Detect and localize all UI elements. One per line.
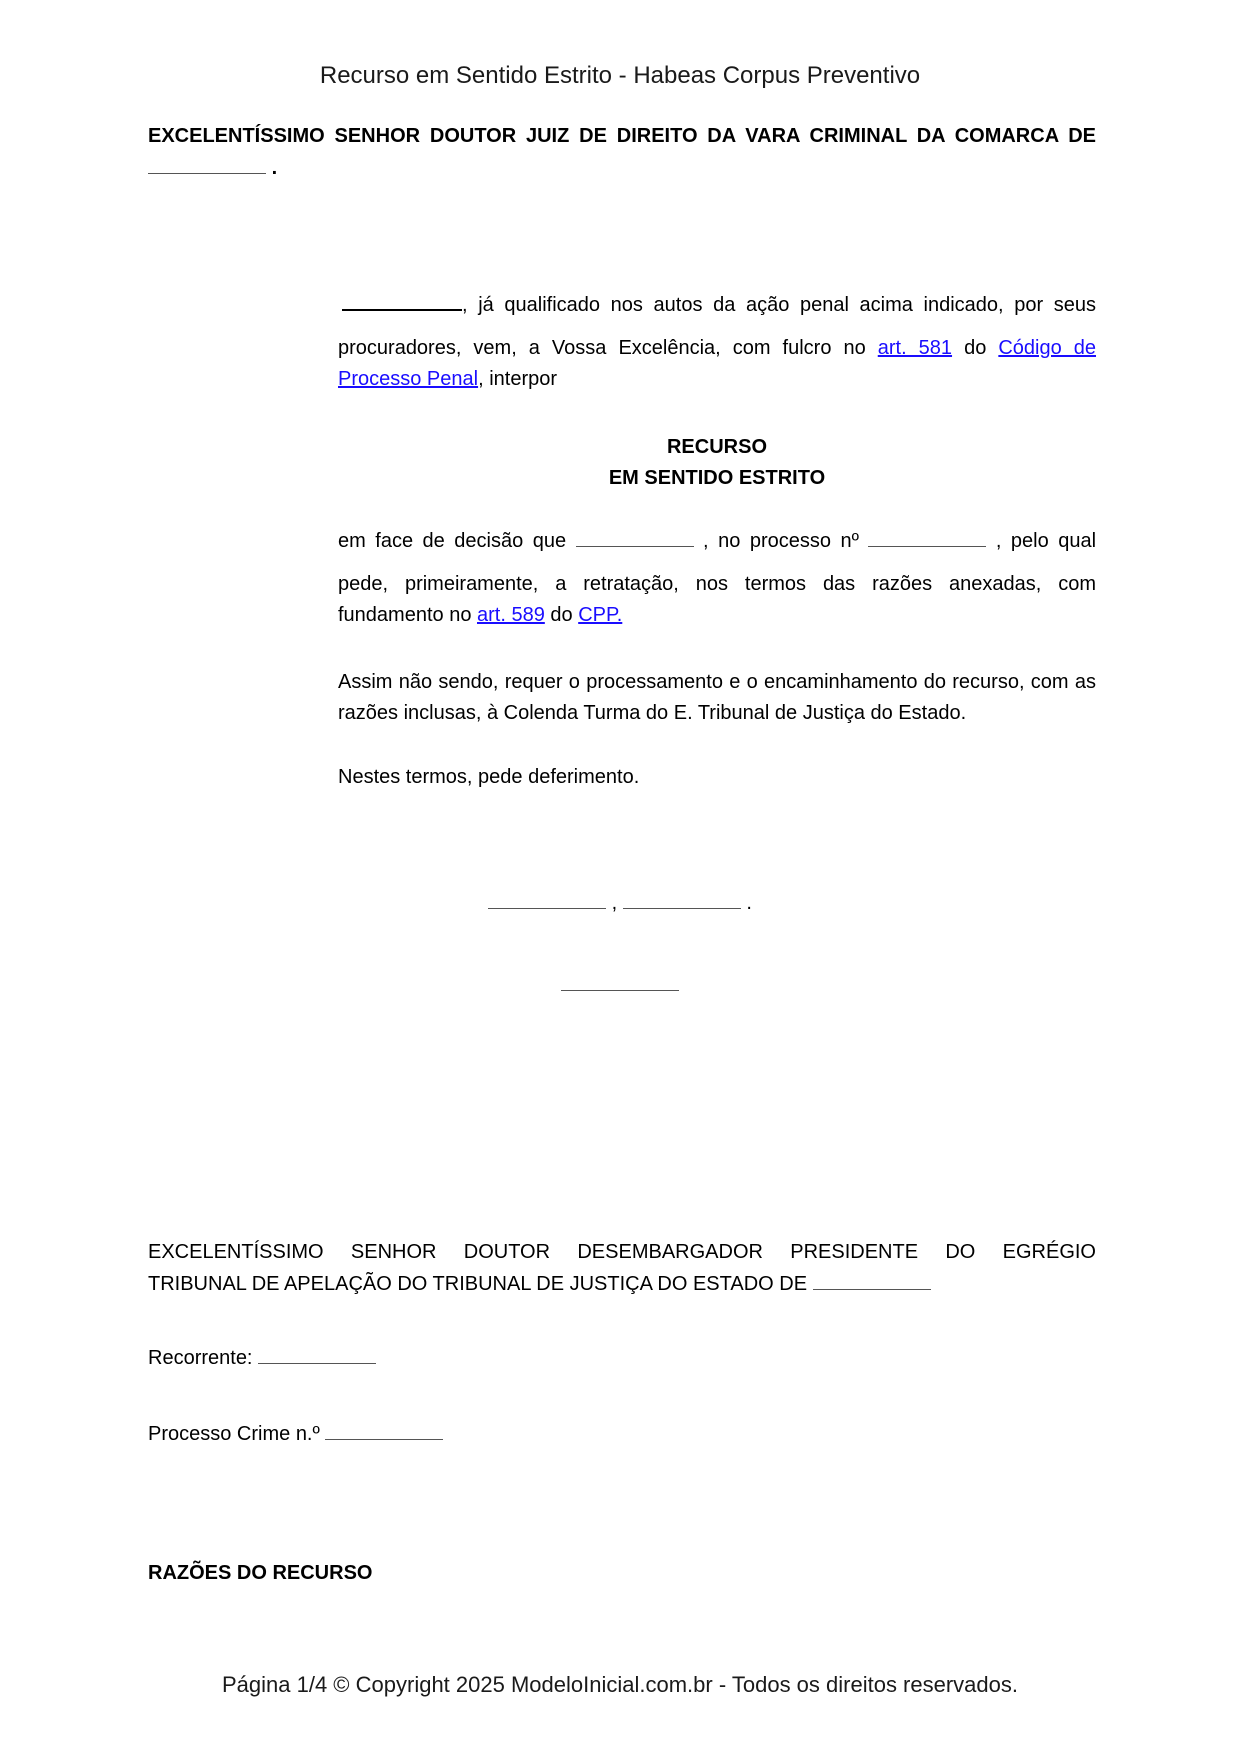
intro-line-2: procuradores, vem, a Vossa Excelência, c… <box>338 333 1096 395</box>
appeal-title: RECURSO EM SENTIDO ESTRITO <box>338 432 1096 494</box>
intro-connector: do <box>952 337 998 359</box>
decision-connector: do <box>545 604 578 626</box>
process-number-blank <box>868 528 986 547</box>
page-footer: Página 1/4 © Copyright 2025 ModeloInicia… <box>0 1672 1240 1698</box>
recorrente-field: Recorrente: <box>148 1344 376 1372</box>
recorrente-blank <box>258 1345 376 1364</box>
document-header-title: Recurso em Sentido Estrito - Habeas Corp… <box>0 62 1240 90</box>
addressee-text: EXCELENTÍSSIMO SENHOR DOUTOR JUIZ DE DIR… <box>148 125 1096 147</box>
place-blank <box>488 890 606 909</box>
section-title: RAZÕES DO RECURSO <box>148 1562 372 1585</box>
date-blank <box>623 890 741 909</box>
second-addressee-line-2: TRIBUNAL DE APELAÇÃO DO TRIBUNAL DE JUST… <box>148 1273 813 1295</box>
processo-label: Processo Crime n.º <box>148 1423 325 1445</box>
decision-blank <box>576 528 694 547</box>
appeal-title-line-2: EM SENTIDO ESTRITO <box>338 463 1096 494</box>
intro-end: , interpor <box>478 368 557 390</box>
intro-line-1-text: , já qualificado nos autos da ação penal… <box>462 294 1096 316</box>
intro-paragraph: , já qualificado nos autos da ação penal… <box>338 290 1096 395</box>
second-addressee-line-1: EXCELENTÍSSIMO SENHOR DOUTOR DESEMBARGAD… <box>148 1236 1096 1268</box>
signature-blank <box>561 972 679 991</box>
art-589-link[interactable]: art. 589 <box>477 604 545 626</box>
party-name-blank <box>342 291 462 311</box>
cpp-link[interactable]: CPP. <box>578 604 622 626</box>
state-blank <box>813 1271 931 1290</box>
decision-text-1: em face de decisão que <box>338 530 576 552</box>
place-date-separator: , <box>606 892 623 914</box>
comarca-blank <box>148 155 266 174</box>
decision-line-1: em face de decisão que , no processo nº … <box>338 526 1096 557</box>
processo-field: Processo Crime n.º <box>148 1420 443 1448</box>
second-addressee-heading: EXCELENTÍSSIMO SENHOR DOUTOR DESEMBARGAD… <box>148 1236 1096 1300</box>
decision-paragraph: em face de decisão que , no processo nº … <box>338 526 1096 631</box>
processo-blank <box>325 1421 443 1440</box>
decision-text-4: pede, primeiramente, a retratação, nos t… <box>338 573 1096 626</box>
decision-text-2: , no processo nº <box>694 530 869 552</box>
intro-line-1: , já qualificado nos autos da ação penal… <box>338 290 1096 321</box>
decision-text-3: , pelo qual <box>986 530 1096 552</box>
decision-line-2: pede, primeiramente, a retratação, nos t… <box>338 569 1096 631</box>
addressee-heading: EXCELENTÍSSIMO SENHOR DOUTOR JUIZ DE DIR… <box>148 120 1096 184</box>
place-date-line: , . <box>0 890 1240 915</box>
intro-text: procuradores, vem, a Vossa Excelência, c… <box>338 337 878 359</box>
art-581-link[interactable]: art. 581 <box>878 337 952 359</box>
recorrente-label: Recorrente: <box>148 1347 258 1369</box>
closing-paragraph: Nestes termos, pede deferimento. <box>338 762 1096 793</box>
signature-line <box>0 972 1240 996</box>
place-date-end: . <box>741 892 752 914</box>
request-paragraph: Assim não sendo, requer o processamento … <box>338 667 1096 729</box>
addressee-end: . <box>272 157 278 179</box>
appeal-title-line-1: RECURSO <box>338 432 1096 463</box>
